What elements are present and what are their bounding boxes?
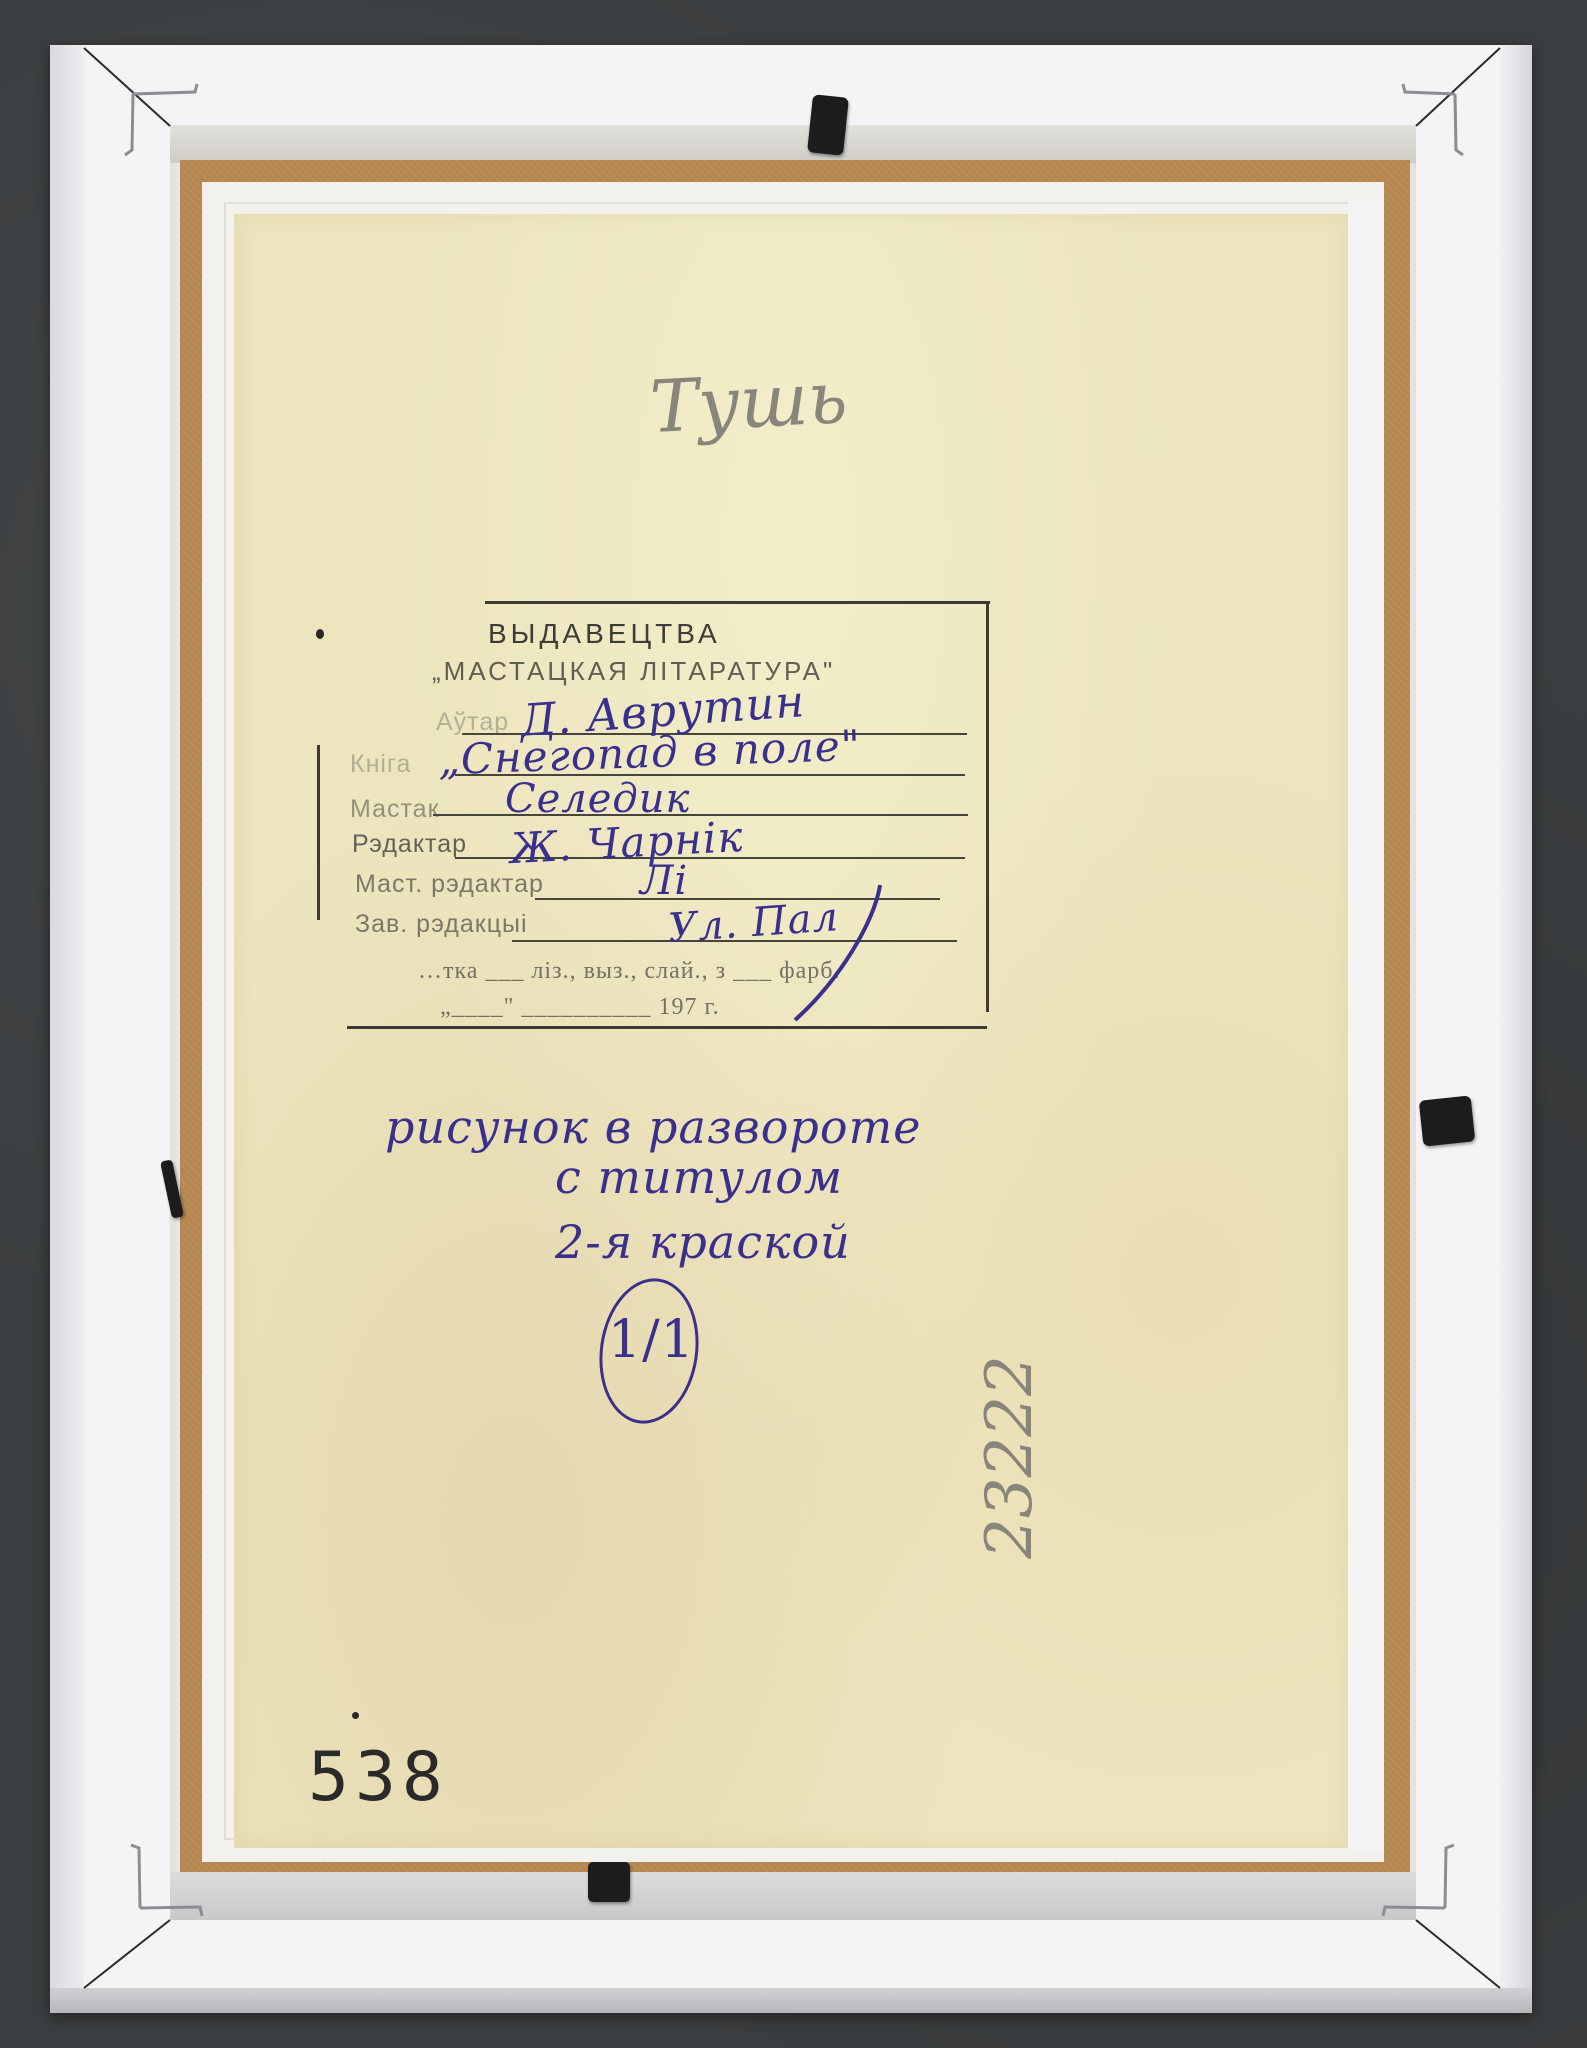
stamp-print-line: …тка ___ ліз., выз., слай., з ___ фарб. (418, 958, 841, 985)
retaining-clip-bottom (588, 1862, 630, 1902)
field-label: Кніга (350, 750, 411, 779)
field-label: Зав. рэдакцыі (355, 910, 528, 939)
handwritten-note-line3: 2-я краской (555, 1215, 851, 1269)
ink-dot (316, 629, 324, 639)
retaining-clip-top (807, 94, 849, 155)
handwritten-note-line2: с титулом (555, 1150, 843, 1204)
retaining-clip-right (1419, 1095, 1476, 1146)
stamp-publisher-title: ВЫДАВЕЦТВА (488, 618, 721, 650)
handwritten-art-editor: Лі (640, 858, 688, 904)
stamp-border-left (317, 745, 320, 920)
marker-dot (352, 1712, 359, 1719)
circled-fraction: 1/1 (608, 1310, 695, 1370)
pencil-inventory-number: 23222 (973, 1347, 1047, 1567)
pencil-note-medium: Тушь (648, 355, 849, 449)
ink-flourish-icon (780, 880, 900, 1030)
stamp-border-right (986, 604, 989, 1012)
marker-catalog-number: 538 (308, 1738, 449, 1817)
stamp-date-line: „____" __________ 197 г. (440, 994, 720, 1021)
handwritten-note-line1: рисунок в развороте (385, 1100, 921, 1154)
field-label: Рэдактар (352, 830, 467, 859)
field-label: Маст. рэдактар (355, 870, 544, 899)
field-label: Мастак (350, 795, 440, 824)
stamp-border-top (485, 601, 990, 604)
